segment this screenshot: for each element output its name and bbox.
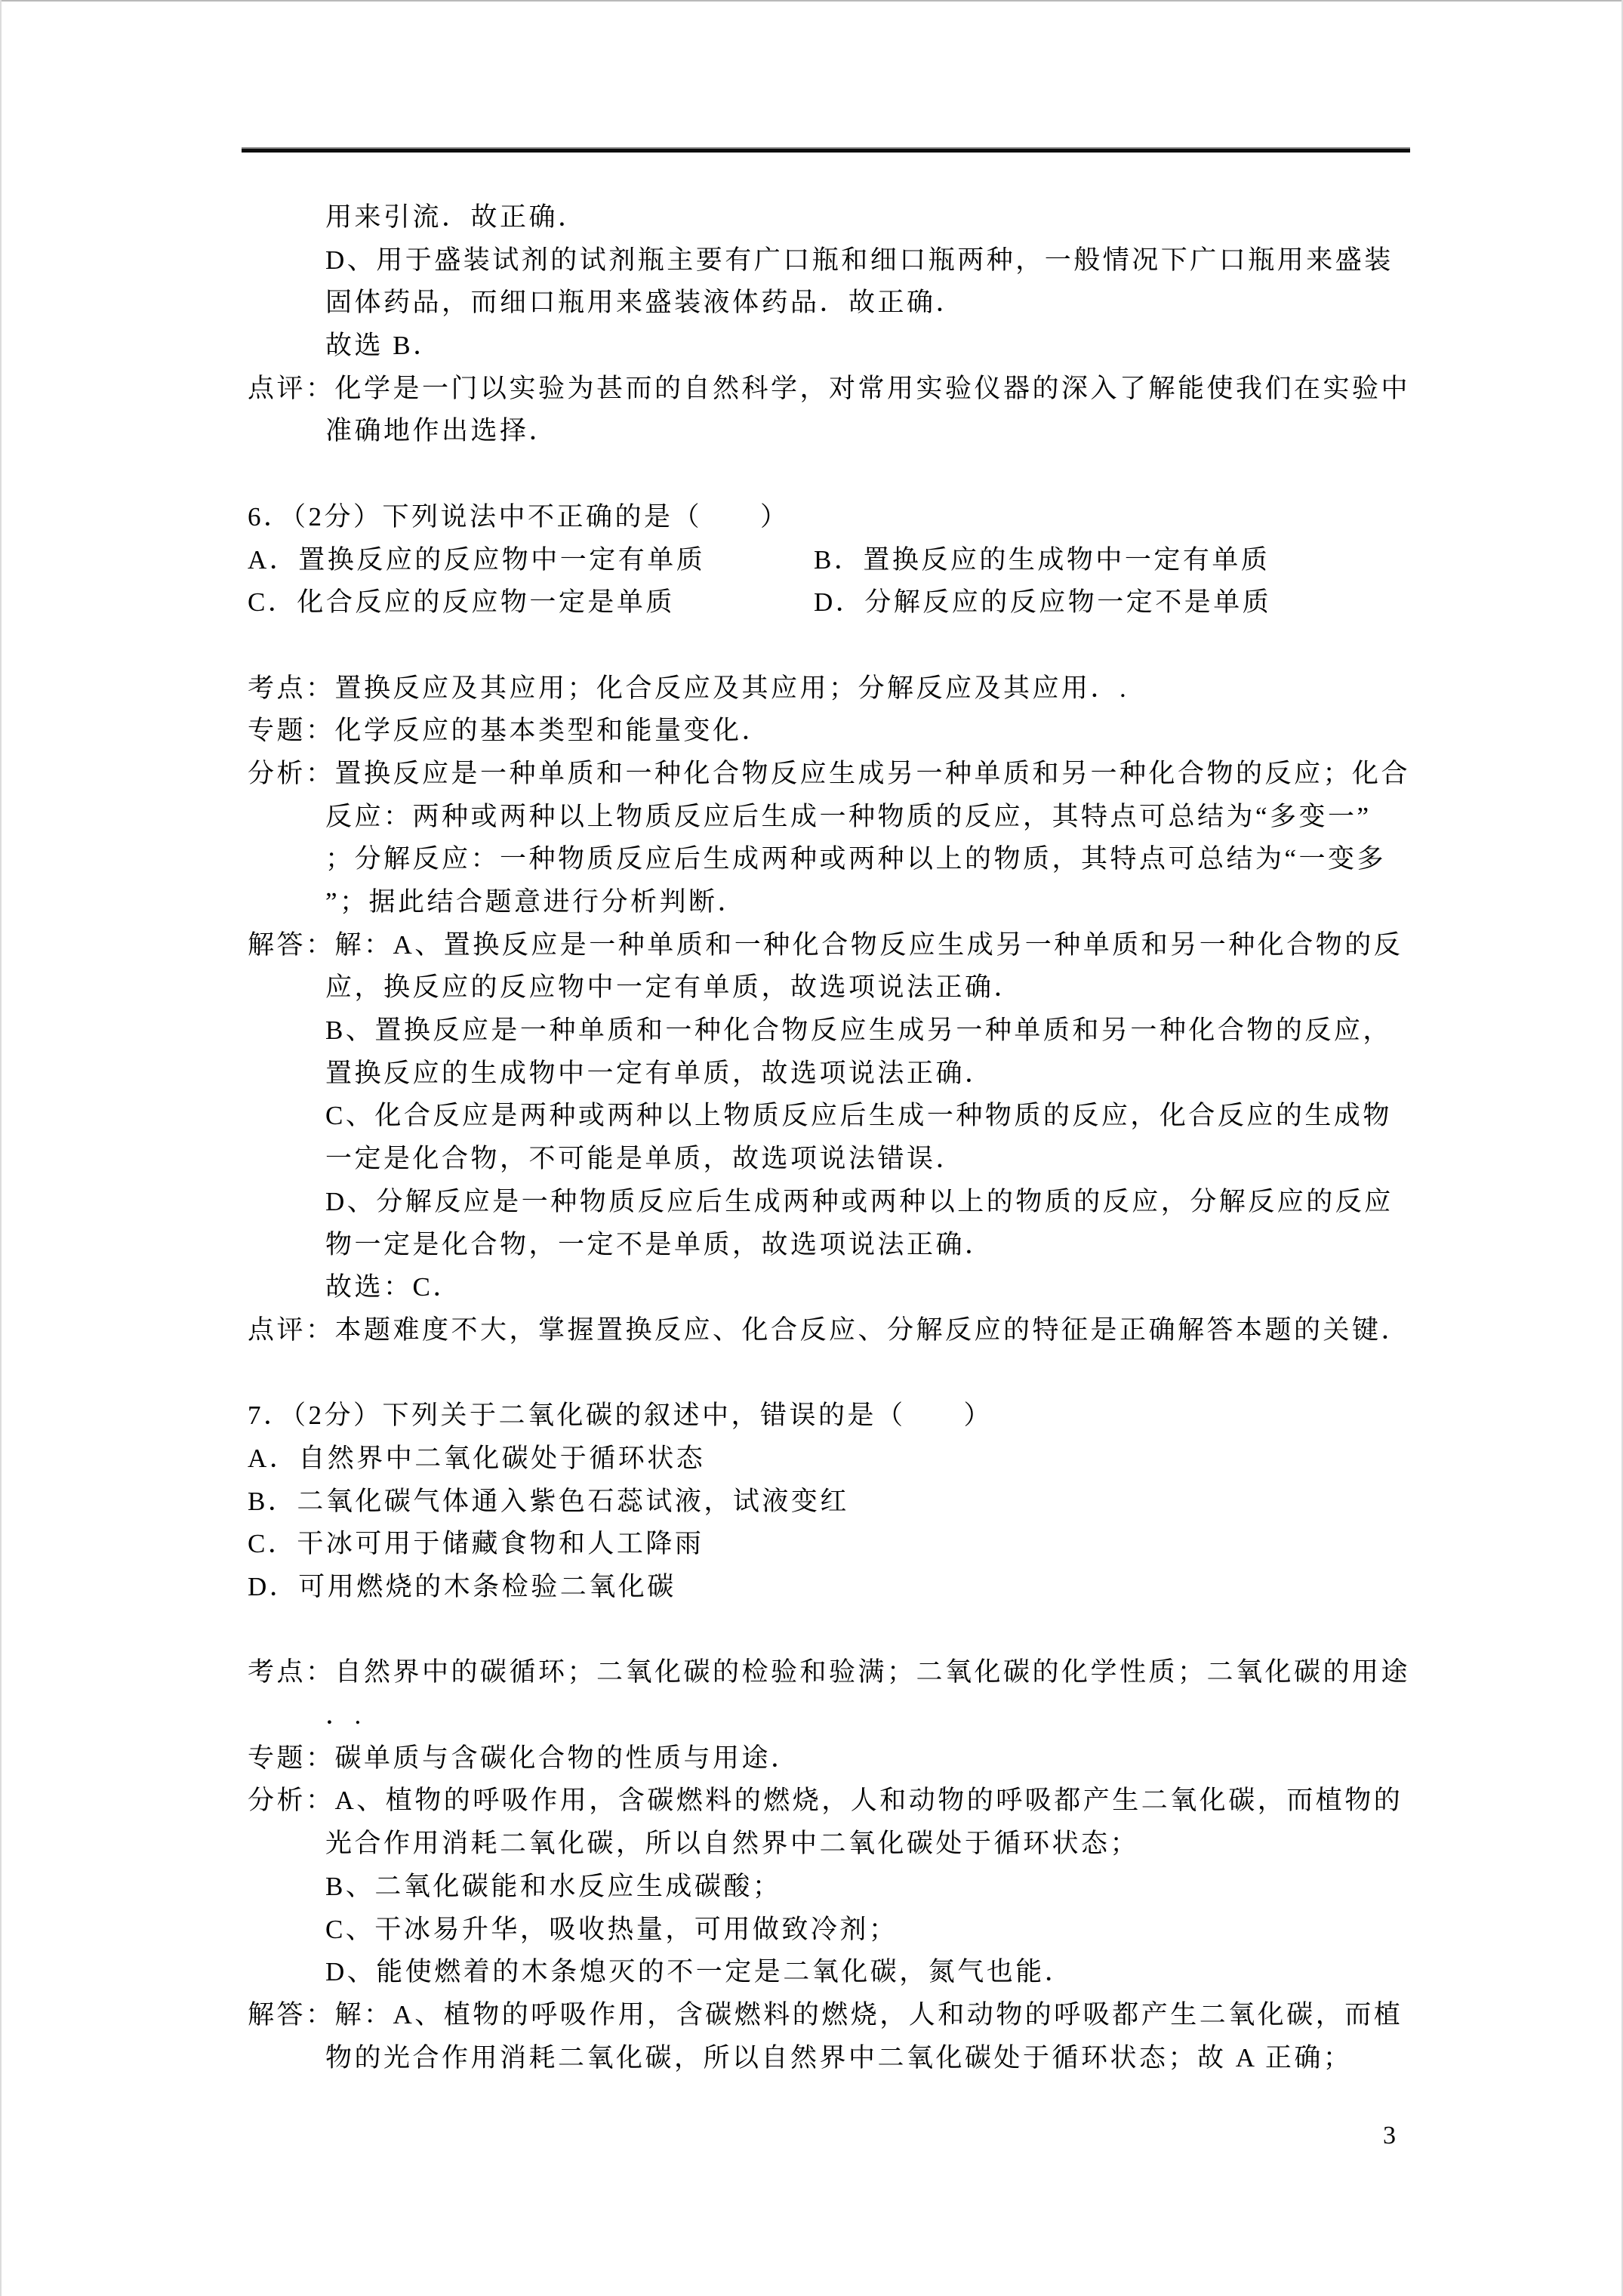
q6-zhuanti-line: 专题：化学反应的基本类型和能量变化． <box>248 710 1425 753</box>
q7-jieda-line: 物的光合作用消耗二氧化碳，所以自然界中二氧化碳处于循环状态；故 A 正确； <box>248 2037 1425 2080</box>
q7-fenxi-line: 光合作用消耗二氧化碳，所以自然界中二氧化碳处于循环状态； <box>248 1823 1425 1866</box>
q7-fenxi-line: D、能使燃着的木条熄灭的不一定是二氧化碳，氮气也能． <box>248 1951 1425 1994</box>
q6-option-c: C．化合反应的反应物一定是单质 <box>248 587 675 617</box>
kaodian-label: 考点： <box>248 667 335 710</box>
q6-kaodian-line: 考点：置换反应及其应用；化合反应及其应用；分解反应及其应用．. <box>248 667 1425 710</box>
q5-review-line: 点评：化学是一门以实验为甚而的自然科学，对常用实验仪器的深入了解能使我们在实验中 <box>248 368 1425 411</box>
q7-fenxi-line: B、二氧化碳能和水反应生成碳酸； <box>248 1866 1425 1909</box>
review-text: 化学是一门以实验为甚而的自然科学，对常用实验仪器的深入了解能使我们在实验中 <box>335 374 1411 403</box>
zhuanti-label: 专题： <box>248 710 335 753</box>
jieda-label: 解答： <box>248 924 335 967</box>
q7-stem: 7．（2分）下列关于二氧化碳的叙述中，错误的是（ ） <box>248 1395 1425 1438</box>
q6-jieda-line: 应，换反应的反应物中一定有单质，故选项说法正确． <box>248 966 1425 1009</box>
q6-option-b: B．置换反应的生成物中一定有单质 <box>814 539 1270 582</box>
q7-zhuanti-line: 专题：碳单质与含碳化合物的性质与用途． <box>248 1737 1425 1780</box>
q6-fenxi-line: 分析：置换反应是一种单质和一种化合物反应生成另一种单质和另一种化合物的反应；化合 <box>248 753 1425 796</box>
q6-jieda-line: C、化合反应是两种或两种以上物质反应后生成一种物质的反应，化合反应的生成物 <box>248 1095 1425 1138</box>
q6-jieda-line: 解答：解：A、置换反应是一种单质和一种化合物反应生成另一种单质和另一种化合物的反 <box>248 924 1425 967</box>
q5-answer-line: 固体药品，而细口瓶用来盛装液体药品．故正确． <box>248 282 1425 325</box>
fenxi-label: 分析： <box>248 753 335 796</box>
fenxi-text: A、植物的呼吸作用，含碳燃料的燃烧，人和动物的呼吸都产生二氧化碳，而植物的 <box>335 1786 1403 1815</box>
document-page: { "page": { "number": "3" }, "content": … <box>0 0 1623 2296</box>
q6-fenxi-line: ；分解反应：一种物质反应后生成两种或两种以上的物质，其特点可总结为“一变多 <box>248 838 1425 881</box>
page-left-edge <box>0 0 2 2296</box>
q6-fenxi-line: 反应：两种或两种以上物质反应后生成一种物质的反应，其特点可总结为“多变一” <box>248 796 1425 839</box>
blank-line <box>248 1352 1425 1395</box>
q6-option-a: A．置换反应的反应物中一定有单质 <box>248 545 705 575</box>
q7-kaodian-line: 考点：自然界中的碳循环；二氧化碳的检验和验满；二氧化碳的化学性质；二氧化碳的用途 <box>248 1651 1425 1694</box>
kaodian-text: 置换反应及其应用；化合反应及其应用；分解反应及其应用．. <box>335 673 1129 703</box>
page-top-edge <box>0 0 1623 2</box>
q6-jieda-line: 物一定是化合物，一定不是单质，故选项说法正确． <box>248 1224 1425 1267</box>
q7-jieda-line: 解答：解：A、植物的呼吸作用，含碳燃料的燃烧，人和动物的呼吸都产生二氧化碳，而植 <box>248 1994 1425 2037</box>
q6-jieda-line: 一定是化合物，不可能是单质，故选项说法错误． <box>248 1138 1425 1181</box>
jieda-text: 解：A、置换反应是一种单质和一种化合物反应生成另一种单质和另一种化合物的反 <box>335 930 1403 960</box>
zhuanti-text: 化学反应的基本类型和能量变化． <box>335 716 771 745</box>
blank-line <box>248 624 1425 667</box>
q7-option-c: C．干冰可用于储藏食物和人工降雨 <box>248 1523 1425 1566</box>
q7-option-d: D．可用燃烧的木条检验二氧化碳 <box>248 1566 1425 1609</box>
q7-option-b: B．二氧化碳气体通入紫色石蕊试液，试液变红 <box>248 1481 1425 1524</box>
q5-answer-line: D、用于盛装试剂的试剂瓶主要有广口瓶和细口瓶两种，一般情况下广口瓶用来盛装 <box>248 239 1425 282</box>
jieda-text: 解：A、植物的呼吸作用，含碳燃料的燃烧，人和动物的呼吸都产生二氧化碳，而植 <box>335 2000 1403 2029</box>
q5-review-line: 准确地作出选择． <box>248 410 1425 453</box>
q7-fenxi-line: 分析：A、植物的呼吸作用，含碳燃料的燃烧，人和动物的呼吸都产生二氧化碳，而植物的 <box>248 1780 1425 1823</box>
blank-line <box>248 1609 1425 1652</box>
q6-dianping-line: 点评：本题难度不大，掌握置换反应、化合反应、分解反应的特征是正确解答本题的关键． <box>248 1309 1425 1352</box>
dianping-label: 点评： <box>248 1309 335 1352</box>
q7-option-a: A．自然界中二氧化碳处于循环状态 <box>248 1438 1425 1481</box>
header-rule <box>242 147 1410 153</box>
q5-answer-conclusion: 故选 B． <box>248 325 1425 368</box>
dianping-text: 本题难度不大，掌握置换反应、化合反应、分解反应的特征是正确解答本题的关键． <box>335 1315 1411 1345</box>
blank-line <box>248 453 1425 496</box>
q6-option-d: D．分解反应的反应物一定不是单质 <box>814 581 1271 624</box>
kaodian-label: 考点： <box>248 1651 335 1694</box>
q6-jieda-line: D、分解反应是一种物质反应后生成两种或两种以上的物质的反应，分解反应的反应 <box>248 1181 1425 1224</box>
review-label: 点评： <box>248 368 335 411</box>
q6-jieda-line: B、置换反应是一种单质和一种化合物反应生成另一种单质和另一种化合物的反应， <box>248 1009 1425 1052</box>
q6-stem: 6．（2分）下列说法中不正确的是（ ） <box>248 496 1425 539</box>
q7-fenxi-line: C、干冰易升华，吸收热量，可用做致冷剂； <box>248 1909 1425 1952</box>
q6-options-row-1: A．置换反应的反应物中一定有单质B．置换反应的生成物中一定有单质 <box>248 539 1425 582</box>
fenxi-label: 分析： <box>248 1780 335 1823</box>
page-number: 3 <box>1383 2122 1396 2150</box>
zhuanti-label: 专题： <box>248 1737 335 1780</box>
q5-answer-line: 用来引流．故正确． <box>248 196 1425 239</box>
jieda-label: 解答： <box>248 1994 335 2037</box>
document-body: 用来引流．故正确． D、用于盛装试剂的试剂瓶主要有广口瓶和细口瓶两种，一般情况下… <box>248 196 1425 2079</box>
q7-kaodian-wrap: ．. <box>248 1694 1425 1737</box>
q6-options-row-2: C．化合反应的反应物一定是单质D．分解反应的反应物一定不是单质 <box>248 581 1425 624</box>
zhuanti-text: 碳单质与含碳化合物的性质与用途． <box>335 1743 800 1773</box>
kaodian-text: 自然界中的碳循环；二氧化碳的检验和验满；二氧化碳的化学性质；二氧化碳的用途 <box>335 1657 1411 1687</box>
q6-answer-conclusion: 故选：C． <box>248 1266 1425 1309</box>
fenxi-text: 置换反应是一种单质和一种化合物反应生成另一种单质和另一种化合物的反应；化合 <box>335 759 1411 788</box>
q6-jieda-line: 置换反应的生成物中一定有单质，故选项说法正确． <box>248 1052 1425 1096</box>
q6-fenxi-line: ”；据此结合题意进行分析判断． <box>248 881 1425 924</box>
